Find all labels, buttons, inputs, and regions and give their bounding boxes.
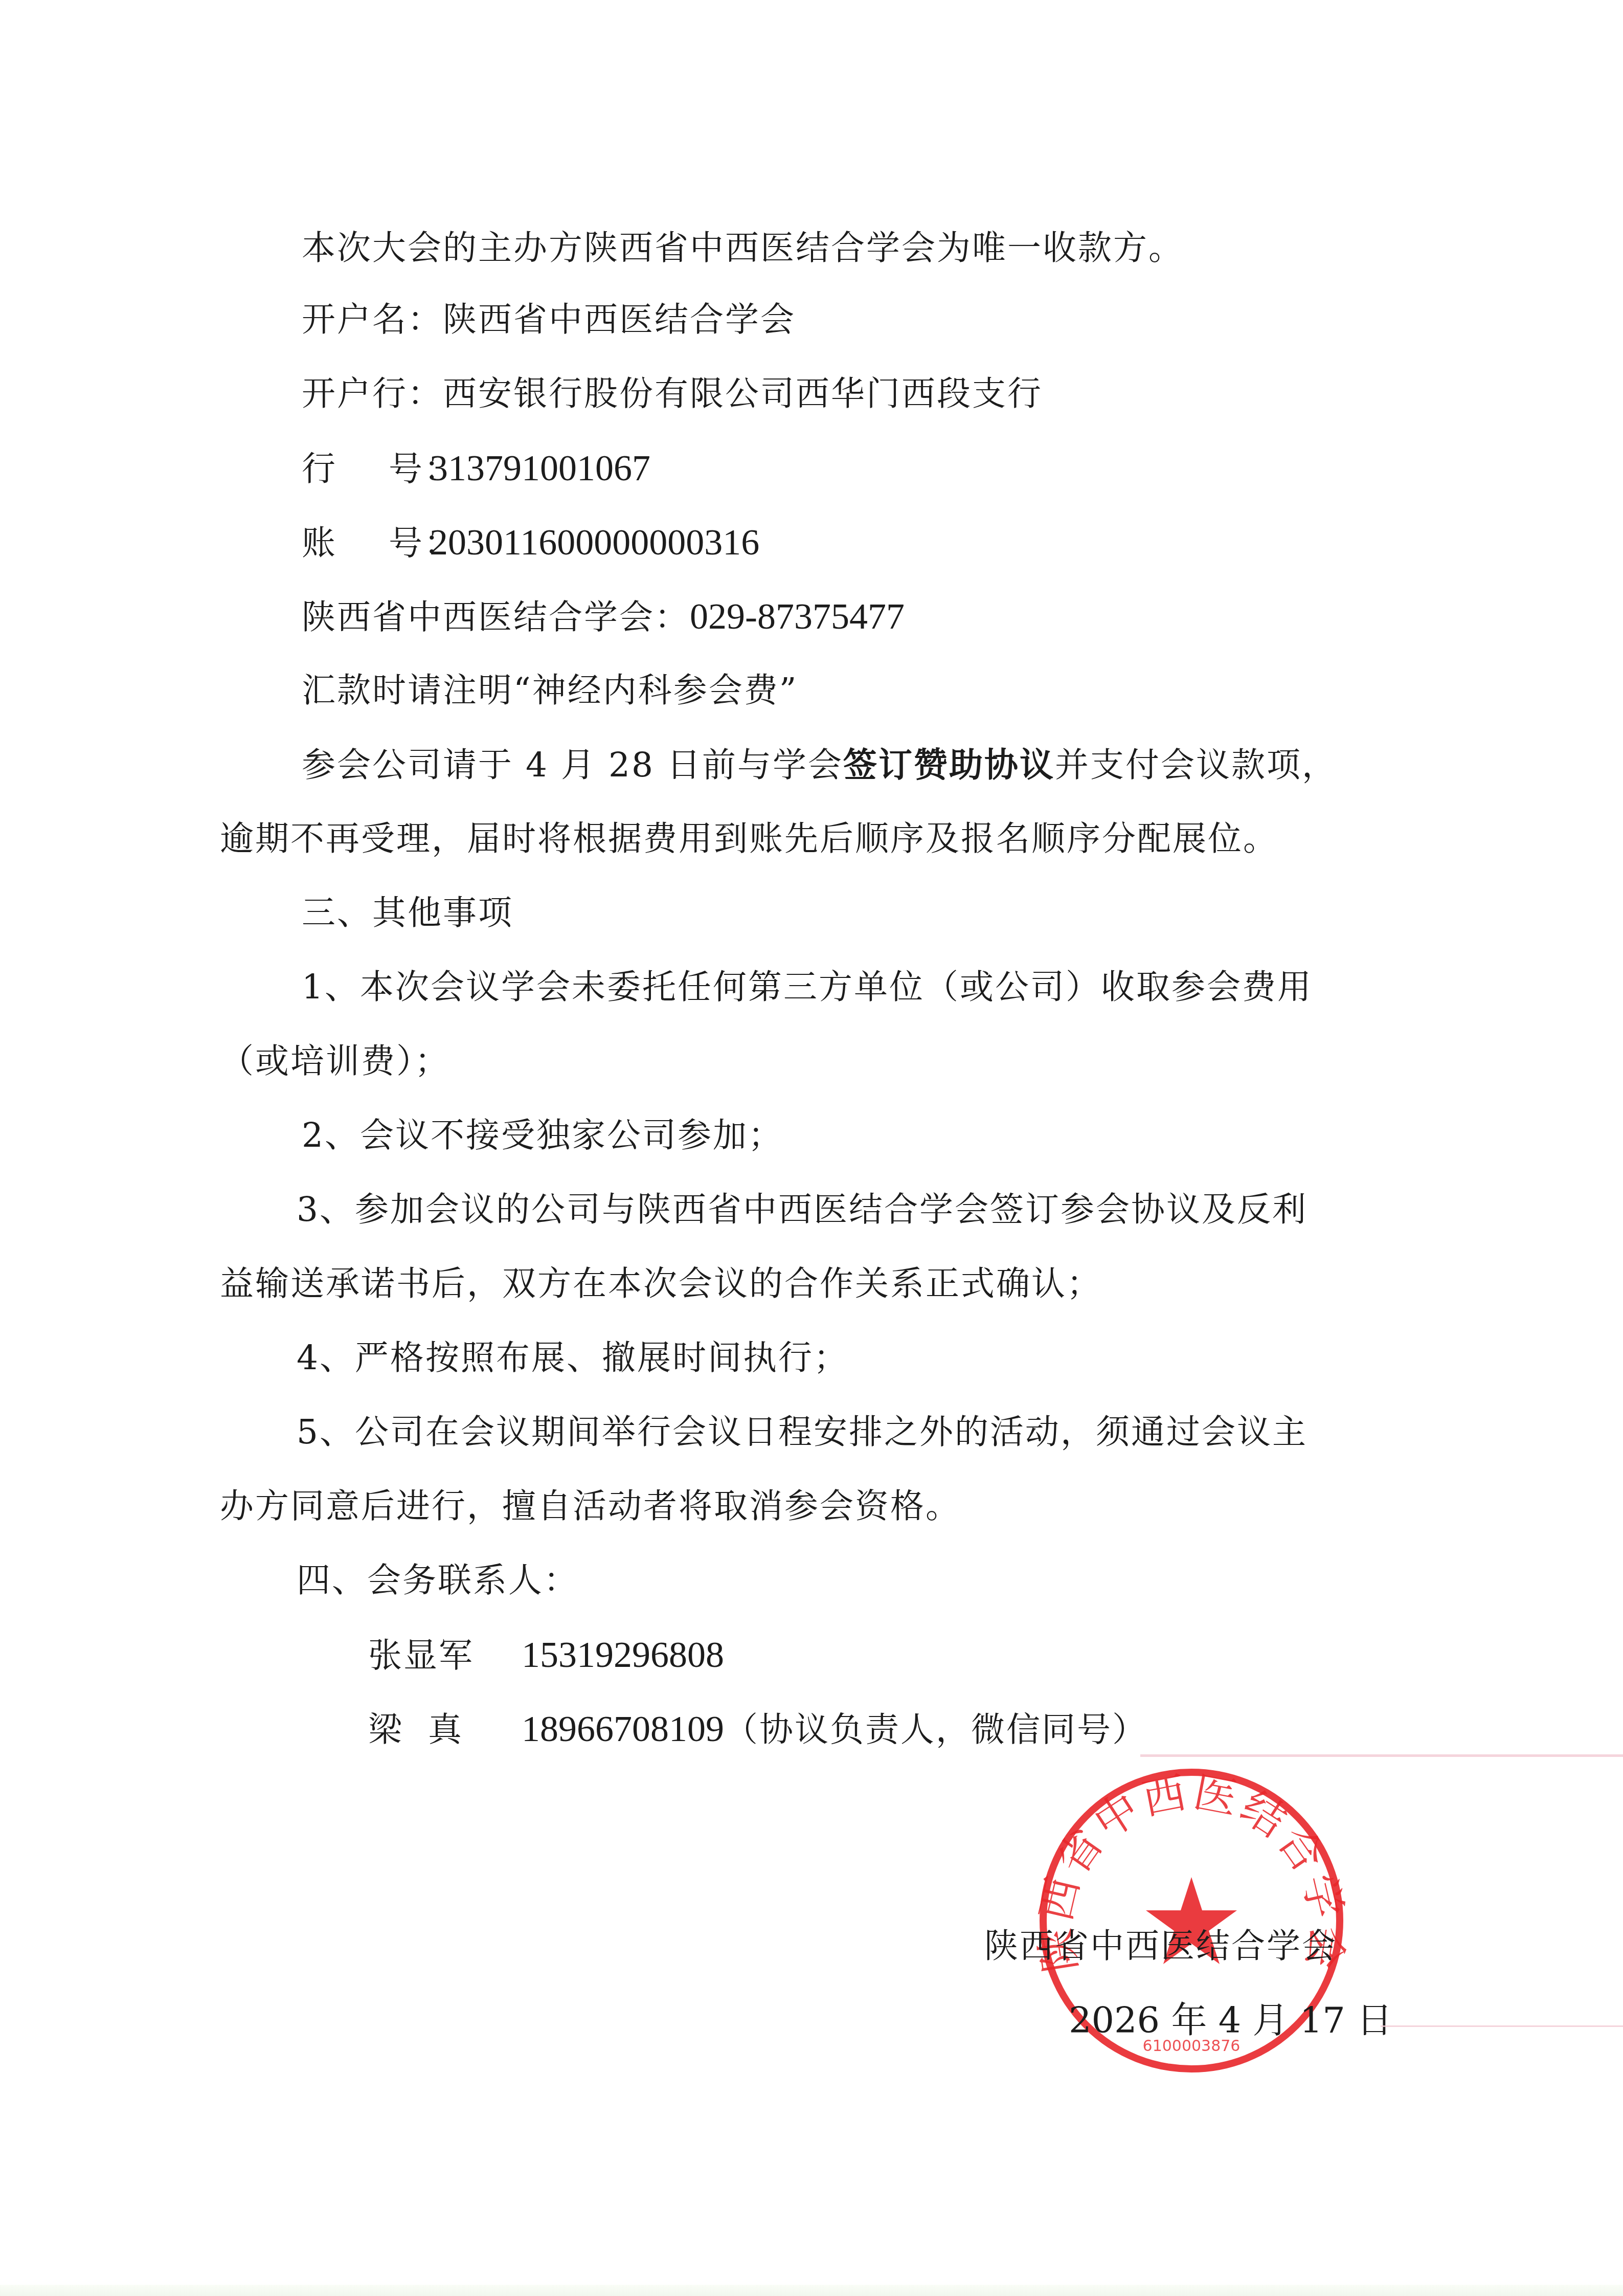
bank-label: 开户行：: [302, 374, 443, 413]
signature-date: 2026 年 4 月 17 日: [1069, 1997, 1392, 2043]
signature-organization: 陕西省中西医结合学会: [984, 1923, 1337, 1969]
contact-phone: 18966708109: [522, 1708, 724, 1749]
phone-label: 陕西省中西医结合学会：: [302, 597, 690, 637]
deadline-line-1: 参会公司请于 4 月 28 日前与学会签订赞助协议并支付会议款项，: [302, 742, 1337, 788]
account-number-row: 账号：203011600000000316: [302, 519, 759, 566]
section3-heading: 三、其他事项: [302, 890, 513, 936]
scan-artifact-line: [1381, 2025, 1623, 2027]
phone-row: 陕西省中西医结合学会：029-87375477: [302, 593, 905, 640]
contact-note: （协议负责人，微信同号）: [724, 1710, 1147, 1749]
section3-item1-line2: （或培训费）；: [220, 1038, 450, 1084]
section3-item5-line2: 办方同意后进行，擅自活动者将取消参会资格。: [220, 1483, 961, 1529]
section3-item2: 2、会议不接受独家公司参加；: [302, 1112, 783, 1158]
section4-heading: 四、会务联系人：: [297, 1557, 579, 1603]
bank-value: 西安银行股份有限公司西华门西段支行: [443, 374, 1043, 413]
account-number-value: 203011600000000316: [430, 522, 759, 563]
intro-line: 本次大会的主办方陕西省中西医结合学会为唯一收款方。: [302, 225, 1184, 271]
section3-item1-line1: 1、本次会议学会未委托任何第三方单位（或公司）收取参会费用: [302, 964, 1313, 1010]
section3-item4: 4、严格按照布展、撤展时间执行；: [297, 1335, 849, 1381]
contact-phone: 15319296808: [522, 1634, 724, 1675]
remittance-remark: 汇款时请注明“神经内科参会费”: [302, 667, 798, 714]
account-name-label: 开户名：: [302, 300, 443, 339]
contact-row: 张显军15319296808: [368, 1632, 724, 1679]
account-number-label: 账号：: [302, 520, 430, 566]
scan-artifact-line: [1140, 1754, 1623, 1757]
contact-name: 梁 真: [368, 1707, 522, 1753]
document-page: 本次大会的主办方陕西省中西医结合学会为唯一收款方。 开户名：陕西省中西医结合学会…: [0, 0, 1623, 2296]
bank-number-row: 行号：313791001067: [302, 445, 650, 492]
contact-row: 梁 真18966708109（协议负责人，微信同号）: [368, 1706, 1147, 1753]
bank-row: 开户行：西安银行股份有限公司西华门西段支行: [302, 371, 1043, 417]
account-name-value: 陕西省中西医结合学会: [443, 300, 796, 339]
sign-agreement-emphasis: 签订赞助协议: [843, 745, 1055, 785]
account-name-row: 开户名：陕西省中西医结合学会: [302, 297, 796, 343]
contact-name: 张显军: [368, 1633, 522, 1679]
bank-number-value: 313791001067: [430, 448, 650, 488]
bank-number-label: 行号：: [302, 446, 430, 492]
section3-item3-line2: 益输送承诺书后，双方在本次会议的合作关系正式确认；: [220, 1261, 1102, 1307]
phone-value: 029-87375477: [690, 596, 905, 637]
section3-item5-line1: 5、公司在会议期间举行会议日程安排之外的活动，须通过会议主: [297, 1409, 1308, 1455]
section3-item3-line1: 3、参加会议的公司与陕西省中西医结合学会签订参会协议及反利: [297, 1187, 1308, 1233]
deadline-line-2: 逾期不再受理，届时将根据费用到账先后顺序及报名顺序分配展位。: [220, 816, 1278, 862]
scan-edge: [0, 2285, 1623, 2296]
